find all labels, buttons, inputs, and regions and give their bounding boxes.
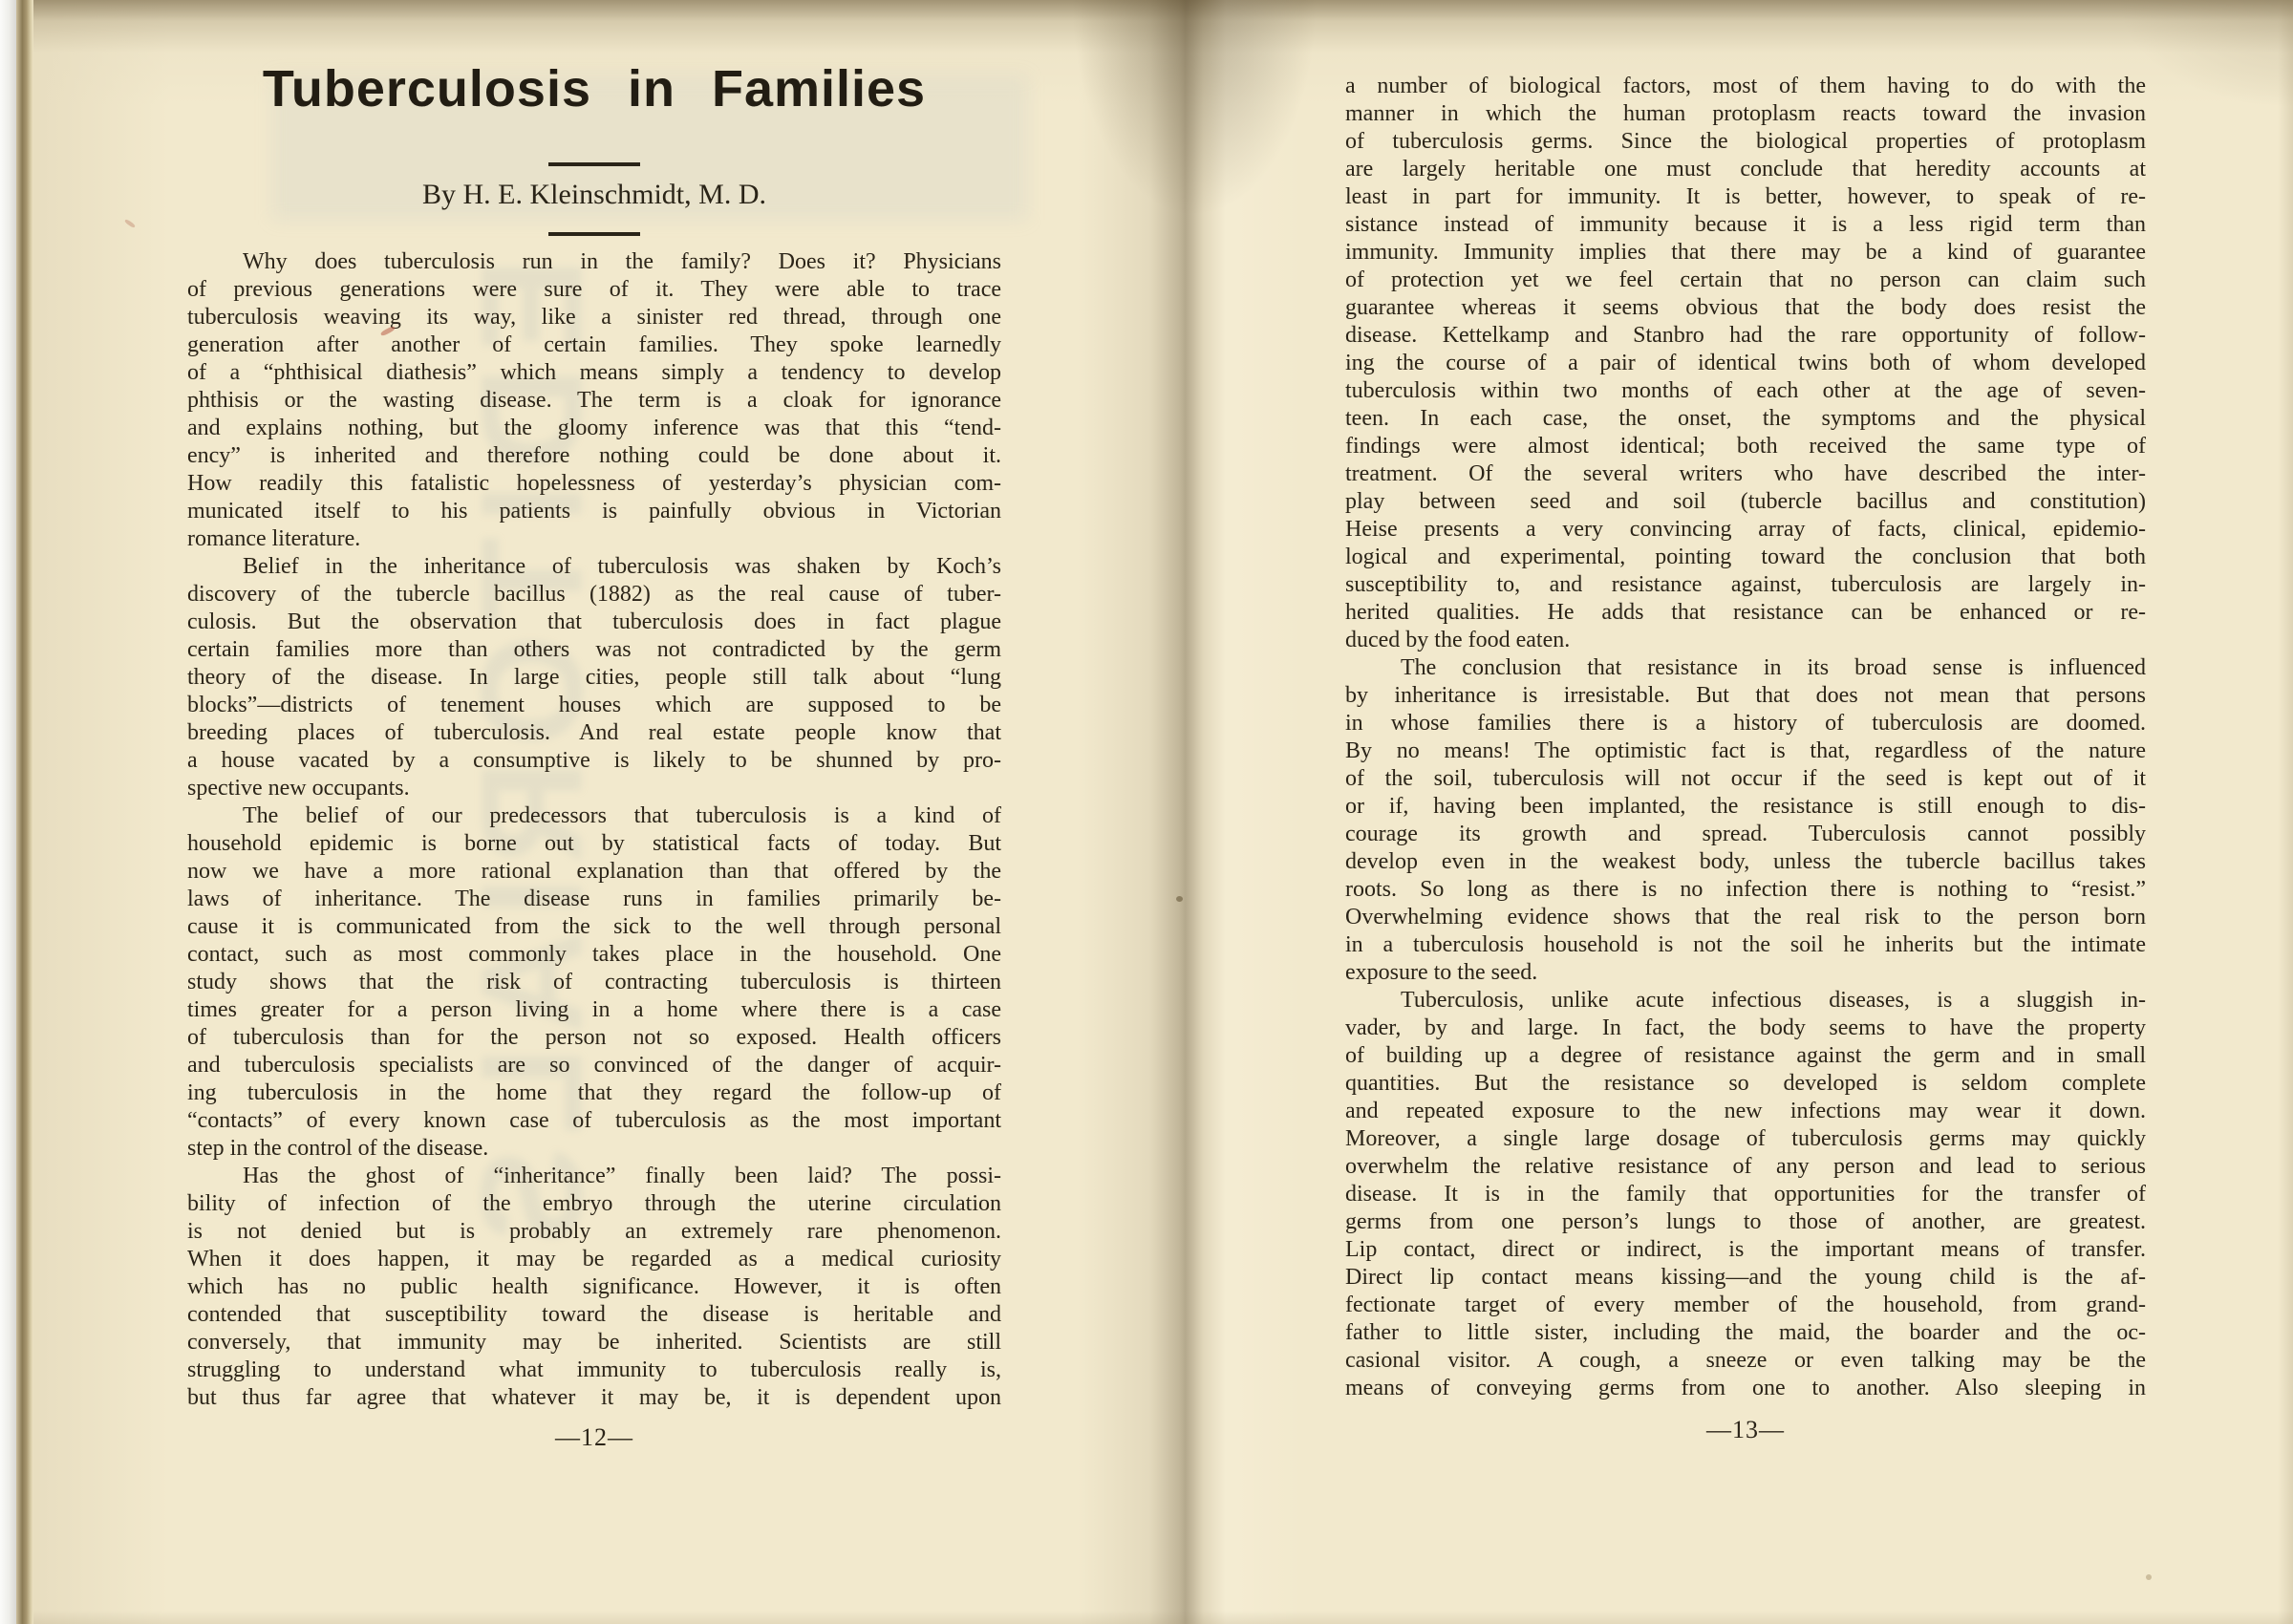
right-edge-shade <box>2278 0 2293 1624</box>
text-line: means of conveying germs from one to ano… <box>1345 1375 2146 1402</box>
text-line: Lip contact, direct or indirect, is the … <box>1345 1236 2146 1264</box>
text-line: spective new occupants. <box>187 775 1001 802</box>
text-line: Moreover, a single large dosage of tuber… <box>1345 1125 2146 1153</box>
text-line: germs from one person’s lungs to those o… <box>1345 1208 2146 1236</box>
text-line: laws of inheritance. The disease runs in… <box>187 886 1001 913</box>
text-line: in whose families there is a history of … <box>1345 710 2146 737</box>
text-line: contended that susceptibility toward the… <box>187 1301 1001 1329</box>
text-line: “contacts” of every known case of tuberc… <box>187 1107 1001 1135</box>
text-line: disease. Kettelkamp and Stanbro had the … <box>1345 322 2146 350</box>
text-line: culosis. But the observation that tuberc… <box>187 609 1001 636</box>
text-line: of previous generations were sure of it.… <box>187 276 1001 304</box>
text-line: of a “phthisical diathesis” which means … <box>187 359 1001 387</box>
text-line: susceptibility to, and resistance agains… <box>1345 571 2146 599</box>
text-line: teen. In each case, the onset, the sympt… <box>1345 405 2146 433</box>
text-line: discovery of the tubercle bacillus (1882… <box>187 581 1001 609</box>
text-line: phthisis or the wasting disease. The ter… <box>187 387 1001 415</box>
text-line: breeding places of tuberculosis. And rea… <box>187 719 1001 747</box>
text-line: times greater for a person living in a h… <box>187 996 1001 1024</box>
text-line: Why does tuberculosis run in the family?… <box>187 248 1001 276</box>
text-line: romance literature. <box>187 525 1001 553</box>
page-edge <box>16 0 33 1624</box>
text-line: struggling to understand what immunity t… <box>187 1357 1001 1384</box>
text-line: is not denied but is probably an extreme… <box>187 1218 1001 1246</box>
text-line: conversely, that immunity may be inherit… <box>187 1329 1001 1357</box>
text-line: manner in which the human protoplasm rea… <box>1345 100 2146 128</box>
text-line: of building up a degree of resistance ag… <box>1345 1042 2146 1070</box>
text-line: or if, having been implanted, the resist… <box>1345 793 2146 821</box>
text-line: a number of biological factors, most of … <box>1345 73 2146 100</box>
text-line: Tuberculosis, unlike acute infectious di… <box>1345 987 2146 1015</box>
text-line: vader, by and large. In fact, the body s… <box>1345 1015 2146 1042</box>
scan-speck <box>1176 896 1183 902</box>
text-line: findings were almost identical; both rec… <box>1345 433 2146 460</box>
text-line: of tuberculosis germs. Since the biologi… <box>1345 128 2146 156</box>
text-line: a house vacated by a consumptive is like… <box>187 747 1001 775</box>
text-line: How readily this fatalistic hopelessness… <box>187 470 1001 498</box>
text-line: ing the course of a pair of identical tw… <box>1345 350 2146 377</box>
text-line: sistance instead of immunity because it … <box>1345 211 2146 239</box>
text-line: disease. It is in the family that opport… <box>1345 1181 2146 1208</box>
text-line: of tuberculosis than for the person not … <box>187 1024 1001 1052</box>
text-line: and repeated exposure to the new infecti… <box>1345 1098 2146 1125</box>
text-line: fectionate target of every member of the… <box>1345 1292 2146 1319</box>
text-line: roots. So long as there is no infection … <box>1345 876 2146 904</box>
text-line: step in the control of the disease. <box>187 1135 1001 1163</box>
left-page-number: —12— <box>187 1423 1001 1452</box>
text-line: Has the ghost of “inheritance” finally b… <box>187 1163 1001 1190</box>
text-line: bility of infection of the embryo throug… <box>187 1190 1001 1218</box>
text-line: herited qualities. He adds that resistan… <box>1345 599 2146 627</box>
scanner-edge-strip <box>0 0 16 1624</box>
text-line: Overwhelming evidence shows that the rea… <box>1345 904 2146 931</box>
text-line: The belief of our predecessors that tube… <box>187 802 1001 830</box>
text-line: Heise presents a very convincing array o… <box>1345 516 2146 544</box>
text-line: duced by the food eaten. <box>1345 627 2146 654</box>
left-page-text-column: Why does tuberculosis run in the family?… <box>187 248 1001 1412</box>
text-line: blocks”—districts of tenement houses whi… <box>187 692 1001 719</box>
text-line: of protection yet we feel certain that n… <box>1345 267 2146 294</box>
text-line: contact, such as most commonly takes pla… <box>187 941 1001 969</box>
text-line: ing tuberculosis in the home that they r… <box>187 1079 1001 1107</box>
text-line: study shows that the risk of contracting… <box>187 969 1001 996</box>
text-line: Belief in the inheritance of tuberculosi… <box>187 553 1001 581</box>
text-line: develop even in the weakest body, unless… <box>1345 848 2146 876</box>
right-page-text-column: a number of biological factors, most of … <box>1345 73 2146 1402</box>
text-line: cause it is communicated from the sick t… <box>187 913 1001 941</box>
text-line: When it does happen, it may be regarded … <box>187 1246 1001 1273</box>
bottom-edge-shade <box>33 1611 2293 1624</box>
article-byline: By H. E. Kleinschmidt, M. D. <box>187 178 1001 212</box>
article-title: Tuberculosis in Families <box>187 61 1001 117</box>
book-scan: EDITORIALS Tuberculosis in Families By H… <box>0 0 2293 1624</box>
text-line: exposure to the seed. <box>1345 959 2146 987</box>
text-line: guarantee whereas it seems obvious that … <box>1345 294 2146 322</box>
text-line: but thus far agree that whatever it may … <box>187 1384 1001 1412</box>
text-line: quantities. But the resistance so develo… <box>1345 1070 2146 1098</box>
gutter-top-shadow <box>1046 0 1342 287</box>
text-line: treatment. Of the several writers who ha… <box>1345 460 2146 488</box>
text-line: and explains nothing, but the gloomy inf… <box>187 415 1001 442</box>
text-line: ency” is inherited and therefore nothing… <box>187 442 1001 470</box>
text-line: tuberculosis weaving its way, like a sin… <box>187 304 1001 331</box>
text-line: municated itself to his patients is pain… <box>187 498 1001 525</box>
text-line: and tuberculosis specialists are so conv… <box>187 1052 1001 1079</box>
text-line: By no means! The optimistic fact is that… <box>1345 737 2146 765</box>
text-line: by inheritance is irresistable. But that… <box>1345 682 2146 710</box>
text-line: now we have a more rational explanation … <box>187 858 1001 886</box>
text-line: of the soil, tuberculosis will not occur… <box>1345 765 2146 793</box>
text-line: courage its growth and spread. Tuberculo… <box>1345 821 2146 848</box>
scan-speck <box>2146 1574 2152 1580</box>
text-line: The conclusion that resistance in its br… <box>1345 654 2146 682</box>
text-line: least in part for immunity. It is better… <box>1345 183 2146 211</box>
text-line: casional visitor. A cough, a sneeze or e… <box>1345 1347 2146 1375</box>
right-page-number: —13— <box>1345 1416 2146 1444</box>
text-line: play between seed and soil (tubercle bac… <box>1345 488 2146 516</box>
text-line: father to little sister, including the m… <box>1345 1319 2146 1347</box>
heading-rule-bottom <box>548 232 640 236</box>
text-line: Direct lip contact means kissing—and the… <box>1345 1264 2146 1292</box>
text-line: logical and experimental, pointing towar… <box>1345 544 2146 571</box>
text-line: theory of the disease. In large cities, … <box>187 664 1001 692</box>
text-line: household epidemic is borne out by stati… <box>187 830 1001 858</box>
text-line: tuberculosis within two months of each o… <box>1345 377 2146 405</box>
text-line: generation after another of certain fami… <box>187 331 1001 359</box>
text-line: certain families more than others was no… <box>187 636 1001 664</box>
text-line: in a tuberculosis household is not the s… <box>1345 931 2146 959</box>
text-line: overwhelm the relative resistance of any… <box>1345 1153 2146 1181</box>
heading-rule-top <box>548 162 640 166</box>
text-line: which has no public health significance.… <box>187 1273 1001 1301</box>
text-line: are largely heritable one must conclude … <box>1345 156 2146 183</box>
text-line: immunity. Immunity implies that there ma… <box>1345 239 2146 267</box>
